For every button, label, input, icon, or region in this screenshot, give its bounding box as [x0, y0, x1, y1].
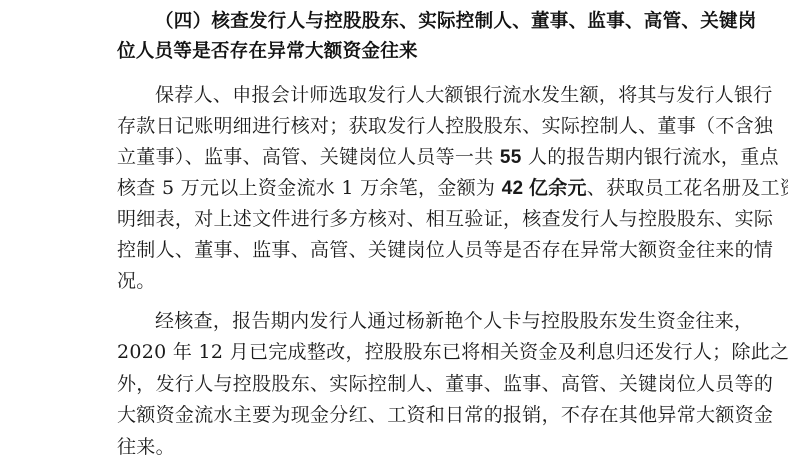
text-span: 核查 5 万元以上资金流水 1 万余笔，金额为	[117, 177, 502, 199]
text-span: 立董事）、监事、高管、关键岗位人员等一共	[117, 146, 500, 168]
paragraph-line: 核查 5 万元以上资金流水 1 万余笔，金额为 42 亿余元、获取员工花名册及工…	[117, 176, 788, 201]
paragraph-line: 外，发行人与控股股东、实际控制人、董事、监事、高管、关键岗位人员等的	[117, 372, 773, 396]
paragraph-line: 存款日记账明细进行核对；获取发行人控股股东、实际控制人、董事（不含独	[117, 114, 773, 138]
section-heading-line-1: （四）核查发行人与控股股东、实际控制人、董事、监事、高管、关键岗	[155, 10, 757, 34]
paragraph-line: 控制人、董事、监事、高管、关键岗位人员等是否存在异常大额资金往来的情	[117, 238, 773, 262]
paragraph-line: 保荐人、申报会计师选取发行人大额银行流水发生额，将其与发行人银行	[155, 83, 773, 107]
paragraph-line: 经核查，报告期内发行人通过杨新艳个人卡与控股股东发生资金往来，	[155, 309, 753, 333]
text-span: 人的报告期内银行流水，重点	[522, 146, 779, 168]
paragraph-line: 大额资金流水主要为现金分红、工资和日常的报销，不存在其他异常大额资金	[117, 403, 773, 427]
paragraph-line: 立董事）、监事、高管、关键岗位人员等一共 55 人的报告期内银行流水，重点	[117, 145, 779, 170]
highlight-amount: 42 亿余元	[502, 178, 587, 199]
paragraph-line: 往来。	[117, 435, 175, 459]
paragraph-line: 2020 年 12 月已完成整改，控股股东已将相关资金及利息归还发行人；除此之	[117, 340, 788, 364]
paragraph-line: 况。	[117, 269, 156, 293]
section-heading-line-2: 位人员等是否存在异常大额资金往来	[117, 40, 418, 64]
paragraph-line: 明细表，对上述文件进行多方核对、相互验证，核查发行人与控股股东、实际	[117, 207, 773, 231]
highlight-person-count: 55	[500, 147, 522, 168]
text-span: 、获取员工花名册及工资	[587, 177, 788, 199]
